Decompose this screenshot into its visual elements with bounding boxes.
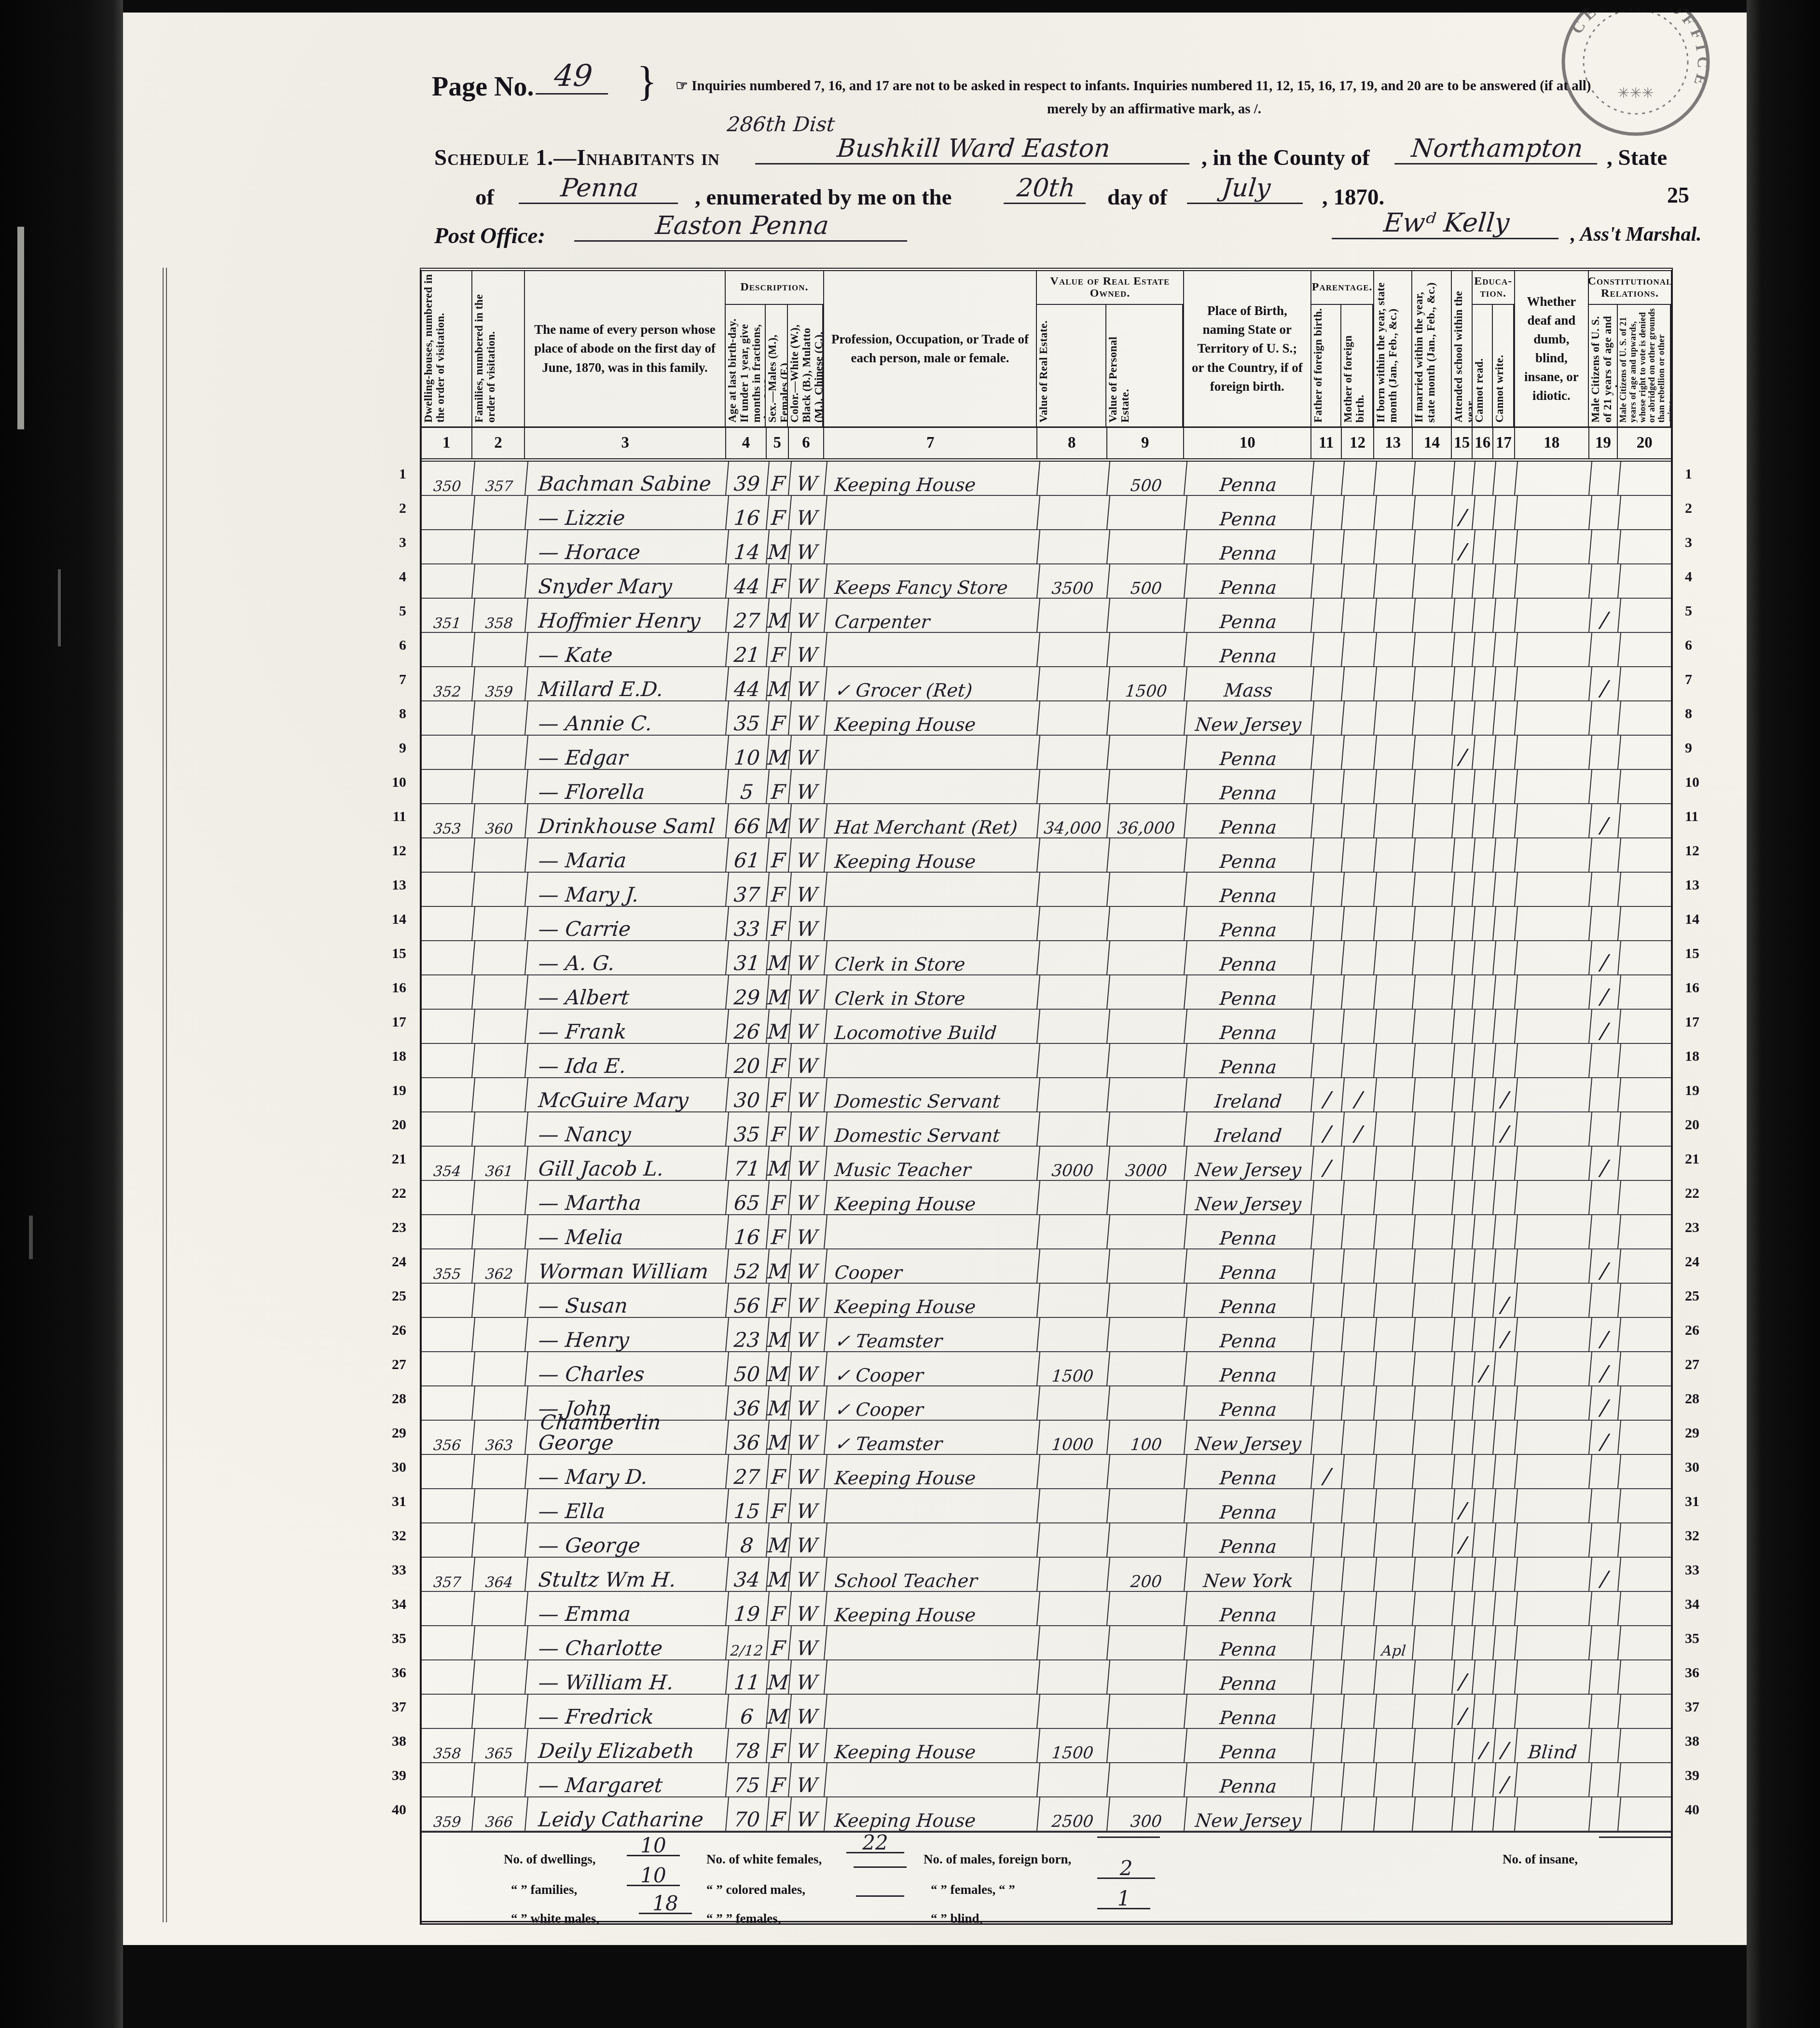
- table-row-18: — Ida E.20FWPenna: [422, 1044, 1671, 1078]
- mark-born-month: [1374, 1112, 1416, 1146]
- mark-father-foreign: [1311, 907, 1345, 940]
- personal-estate-value: 3000: [1107, 1147, 1187, 1180]
- white-males-value: 18: [639, 1894, 692, 1914]
- color: W: [789, 804, 827, 837]
- schedule-prefix: Schedule 1.—Inhabitants in: [434, 145, 720, 171]
- disability-note: [1515, 1215, 1592, 1248]
- mark-married-month: [1413, 1249, 1455, 1283]
- occupation: [824, 633, 1040, 666]
- table-row-40: 359366Leidy Catharine70FWKeeping House25…: [422, 1797, 1671, 1832]
- family-number: [472, 1352, 528, 1385]
- age: 61: [726, 838, 770, 872]
- person-name: — Emma: [525, 1592, 729, 1625]
- personal-estate-value: [1107, 633, 1187, 666]
- white-females-label: No. of white females,: [706, 1852, 822, 1867]
- occupation: [824, 873, 1040, 906]
- personal-estate-value: [1107, 1078, 1187, 1111]
- mark-attended-school: [1452, 1352, 1475, 1385]
- mark-attended-school: /: [1452, 736, 1475, 769]
- color: W: [789, 1318, 827, 1351]
- sex: F: [767, 462, 792, 495]
- right-gutter-row-number: 31: [1685, 1494, 1699, 1510]
- personal-estate-value: [1107, 1284, 1187, 1317]
- sex: F: [767, 496, 792, 529]
- dwelling-number: [422, 1112, 475, 1146]
- disability-note: [1515, 1352, 1592, 1385]
- real-estate-value: 34,000: [1037, 804, 1110, 837]
- color: W: [789, 1797, 827, 1831]
- mark-cannot-write: /: [1493, 1112, 1518, 1146]
- mark-vote-denied: [1618, 1695, 1674, 1728]
- right-gutter-row-number: 36: [1685, 1665, 1699, 1681]
- dwellings-value: 10: [627, 1836, 680, 1856]
- personal-estate-value: [1107, 1044, 1187, 1077]
- mark-attended-school: [1452, 1044, 1475, 1077]
- person-name: Leidy Catharine: [525, 1797, 729, 1831]
- person-name: — William H.: [525, 1660, 729, 1694]
- real-estate-value: [1037, 873, 1110, 906]
- color: W: [789, 1010, 827, 1043]
- age: 30: [726, 1078, 770, 1111]
- place-of-birth: Penna: [1184, 1284, 1314, 1317]
- mark-male-citizen: [1589, 1112, 1621, 1146]
- personal-estate-value: [1107, 1763, 1187, 1796]
- personal-estate-value: [1107, 1592, 1187, 1625]
- column-number-1: 1: [422, 428, 472, 458]
- disability-note: [1515, 1763, 1592, 1796]
- table-row-3: — Horace14MWPenna/: [422, 530, 1671, 564]
- family-number: [472, 1284, 528, 1317]
- mark-married-month: [1413, 1010, 1455, 1043]
- column-header-4: Age at last birth-day. If under 1 year, …: [726, 305, 766, 426]
- mark-father-foreign: [1311, 1215, 1345, 1248]
- mark-attended-school: [1452, 1078, 1475, 1111]
- occupation: [824, 770, 1040, 803]
- dwelling-number: 356: [422, 1421, 475, 1454]
- mark-cannot-write: [1493, 1626, 1518, 1659]
- schedule-place: Bushkill Ward Easton: [755, 134, 1192, 164]
- table-row-13: — Mary J.37FWPenna: [422, 873, 1671, 907]
- table-row-9: — Edgar10MWPenna/: [422, 736, 1671, 770]
- sex: M: [767, 1695, 792, 1728]
- person-name: Gill Jacob L.: [525, 1147, 729, 1180]
- place-of-birth: Penna: [1184, 1249, 1314, 1283]
- column-number-12: 12: [1342, 428, 1374, 458]
- mark-attended-school: [1452, 633, 1475, 666]
- person-name: — A. G.: [525, 941, 729, 974]
- mark-male-citizen: /: [1589, 975, 1621, 1009]
- mark-married-month: [1413, 462, 1455, 495]
- column-title: Place of Birth, naming State or Territor…: [1184, 271, 1310, 426]
- left-gutter-row-number: 6: [372, 637, 406, 654]
- mark-cannot-write: [1493, 667, 1518, 700]
- right-gutter-row-number: 2: [1685, 500, 1692, 517]
- color: W: [789, 1215, 827, 1248]
- mark-male-citizen: [1589, 1181, 1621, 1214]
- left-gutter-row-number: 8: [372, 706, 406, 722]
- left-gutter-row-number: 28: [372, 1391, 406, 1407]
- personal-estate-value: [1107, 1489, 1187, 1522]
- occupation: [824, 1523, 1040, 1557]
- county-label: , in the County of: [1201, 145, 1370, 171]
- mark-mother-foreign: [1342, 633, 1377, 666]
- stamp-stars: ✳✳✳: [1617, 85, 1654, 101]
- dwelling-number: [422, 1455, 475, 1488]
- left-gutter-row-number: 19: [372, 1083, 406, 1099]
- color: W: [789, 838, 827, 872]
- table-row-11: 353360Drinkhouse Saml66MWHat Merchant (R…: [422, 804, 1671, 838]
- occupation: School Teacher: [824, 1558, 1040, 1591]
- occupation: [824, 1489, 1040, 1522]
- mark-attended-school: [1452, 1284, 1475, 1317]
- instruction-line-2: merely by an affirmative mark, as /.: [1047, 101, 1261, 117]
- real-estate-value: 1000: [1037, 1421, 1110, 1454]
- dwelling-number: [422, 1352, 475, 1385]
- mark-father-foreign: [1311, 496, 1345, 529]
- left-gutter-row-number: 39: [372, 1768, 406, 1784]
- mark-mother-foreign: [1342, 1763, 1377, 1796]
- mark-father-foreign: [1311, 736, 1345, 769]
- left-gutter-row-number: 30: [372, 1459, 406, 1476]
- mark-male-citizen: [1589, 1592, 1621, 1625]
- age: 14: [726, 530, 770, 563]
- color: W: [789, 1489, 827, 1522]
- right-gutter-row-number: 28: [1685, 1391, 1699, 1407]
- mark-father-foreign: [1311, 1592, 1345, 1625]
- place-of-birth: Penna: [1184, 1386, 1314, 1420]
- column-number-8: 8: [1037, 428, 1107, 458]
- mark-born-month: Apl: [1374, 1626, 1416, 1659]
- sex: F: [767, 770, 792, 803]
- dwelling-number: [422, 1318, 475, 1351]
- table-row-34: — Emma19FWKeeping HousePenna: [422, 1592, 1671, 1626]
- color: W: [789, 1352, 827, 1385]
- mark-cannot-write: /: [1493, 1078, 1518, 1111]
- mark-cannot-write: [1493, 1181, 1518, 1214]
- age: 78: [726, 1729, 770, 1762]
- dwelling-number: [422, 1592, 475, 1625]
- mark-male-citizen: [1589, 1078, 1621, 1111]
- mark-mother-foreign: [1342, 1729, 1377, 1762]
- age: 26: [726, 1010, 770, 1043]
- occupation: [824, 1215, 1040, 1248]
- right-gutter-row-number: 4: [1685, 569, 1692, 585]
- mark-mother-foreign: /: [1342, 1112, 1377, 1146]
- column-group-title: Educa- tion.: [1473, 271, 1514, 305]
- personal-estate-value: [1107, 1249, 1187, 1283]
- column-header-13: If born within the year, state month (Ja…: [1374, 271, 1413, 426]
- age: 70: [726, 1797, 770, 1831]
- age: 36: [726, 1386, 770, 1420]
- real-estate-value: [1037, 1044, 1110, 1077]
- column-group-educa--tion-: Educa- tion.Cannot read.Cannot write.: [1473, 271, 1515, 426]
- left-gutter-row-number: 11: [372, 808, 406, 825]
- mark-father-foreign: [1311, 873, 1345, 906]
- family-number: [472, 838, 528, 872]
- mark-cannot-read: /: [1473, 1729, 1496, 1762]
- mark-cannot-read: [1473, 530, 1496, 563]
- color: W: [789, 941, 827, 974]
- mark-mother-foreign: [1342, 564, 1377, 598]
- post-office-value: Easton Penna: [574, 211, 910, 242]
- person-name: — Margaret: [525, 1763, 729, 1796]
- real-estate-value: [1037, 1284, 1110, 1317]
- place-of-birth: Penna: [1184, 1592, 1314, 1625]
- disability-note: [1515, 1455, 1592, 1488]
- disability-note: [1515, 1626, 1592, 1659]
- column-group-constitutional-relations-: Constitutional Relations.Male Citizens o…: [1589, 271, 1671, 426]
- sex: M: [767, 1660, 792, 1694]
- mark-vote-denied: [1618, 975, 1674, 1009]
- place-of-birth: Penna: [1184, 736, 1314, 769]
- left-gutter-row-number: 21: [372, 1151, 406, 1167]
- real-estate-value: 1500: [1037, 1352, 1110, 1385]
- real-estate-value: [1037, 941, 1110, 974]
- right-gutter-row-number: 34: [1685, 1596, 1699, 1613]
- mark-mother-foreign: [1342, 701, 1377, 735]
- real-estate-value: [1037, 701, 1110, 735]
- real-estate-value: [1037, 1660, 1110, 1694]
- real-estate-value: [1037, 1215, 1110, 1248]
- mark-male-citizen: /: [1589, 1386, 1621, 1420]
- place-of-birth: Penna: [1184, 770, 1314, 803]
- mark-father-foreign: [1311, 1044, 1345, 1077]
- table-row-17: — Frank26MWLocomotive BuildPenna/: [422, 1010, 1671, 1044]
- mark-male-citizen: [1589, 873, 1621, 906]
- personal-estate-value: 200: [1107, 1558, 1187, 1591]
- age: 36: [726, 1421, 770, 1454]
- mark-father-foreign: [1311, 530, 1345, 563]
- mark-vote-denied: [1618, 1249, 1674, 1283]
- mark-attended-school: /: [1452, 530, 1475, 563]
- mark-cannot-read: [1473, 1695, 1496, 1728]
- column-header-20: Male Citizens of U. S. of 21 years of ag…: [1618, 305, 1671, 426]
- mark-cannot-write: [1493, 1421, 1518, 1454]
- family-number: [472, 736, 528, 769]
- mark-mother-foreign: [1342, 1386, 1377, 1420]
- mark-father-foreign: [1311, 701, 1345, 735]
- mark-vote-denied: [1618, 1147, 1674, 1180]
- mark-born-month: [1374, 1181, 1416, 1214]
- sex: F: [767, 907, 792, 940]
- dwelling-number: [422, 1010, 475, 1043]
- personal-estate-value: [1107, 1386, 1187, 1420]
- colored-males-label: “ ” colored males,: [706, 1882, 805, 1897]
- person-name: — Susan: [525, 1284, 729, 1317]
- table-row-35: — Charlotte2/12FWPennaApl: [422, 1626, 1671, 1660]
- mark-father-foreign: [1311, 1695, 1345, 1728]
- mark-cannot-write: [1493, 1386, 1518, 1420]
- family-number: [472, 873, 528, 906]
- real-estate-value: [1037, 975, 1110, 1009]
- mark-born-month: [1374, 1044, 1416, 1077]
- mark-born-month: [1374, 975, 1416, 1009]
- mark-married-month: [1413, 1421, 1455, 1454]
- mark-cannot-read: [1473, 1763, 1496, 1796]
- column-group-title: Value of Real Estate Owned.: [1037, 271, 1183, 305]
- mark-attended-school: [1452, 1249, 1475, 1283]
- mark-born-month: [1374, 1318, 1416, 1351]
- mark-male-citizen: [1589, 1215, 1621, 1248]
- mark-vote-denied: [1618, 496, 1674, 529]
- mark-born-month: [1374, 633, 1416, 666]
- place-of-birth: New Jersey: [1184, 1147, 1314, 1180]
- family-number: [472, 1044, 528, 1077]
- family-number: [472, 1455, 528, 1488]
- column-number-13: 13: [1374, 428, 1413, 458]
- color: W: [789, 462, 827, 495]
- sex: F: [767, 564, 792, 598]
- mark-married-month: [1413, 1318, 1455, 1351]
- color: W: [789, 736, 827, 769]
- column-number-2: 2: [472, 428, 525, 458]
- svg-text:CENSUS OFFICE: CENSUS OFFICE: [1568, 9, 1712, 92]
- mark-married-month: [1413, 1592, 1455, 1625]
- personal-estate-value: 300: [1107, 1797, 1187, 1831]
- occupation: Keeping House: [824, 1284, 1040, 1317]
- mark-married-month: [1413, 1284, 1455, 1317]
- table-row-1: 350357Bachman Sabine39FWKeeping House500…: [422, 462, 1671, 496]
- mark-cannot-read: [1473, 1455, 1496, 1488]
- person-name: — Carrie: [525, 907, 729, 940]
- left-gutter-row-number: 34: [372, 1596, 406, 1613]
- occupation: [824, 1763, 1040, 1796]
- family-number: 361: [472, 1147, 528, 1180]
- mark-mother-foreign: [1342, 1695, 1377, 1728]
- personal-estate-value: [1107, 1455, 1187, 1488]
- blind-label: “ ” blind,: [931, 1911, 982, 1926]
- age: 6: [726, 1695, 770, 1728]
- mark-married-month: [1413, 599, 1455, 632]
- mark-married-month: [1413, 1489, 1455, 1522]
- table-row-26: — Henry23MW✓ TeamsterPenna//: [422, 1318, 1671, 1352]
- mark-married-month: [1413, 1626, 1455, 1659]
- place-of-birth: Penna: [1184, 975, 1314, 1009]
- mark-father-foreign: [1311, 975, 1345, 1009]
- mark-father-foreign: [1311, 1386, 1345, 1420]
- dwelling-number: [422, 941, 475, 974]
- right-gutter-row-number: 18: [1685, 1048, 1699, 1065]
- mark-married-month: [1413, 736, 1455, 769]
- personal-estate-value: 1500: [1107, 667, 1187, 700]
- personal-estate-value: [1107, 701, 1187, 735]
- column-header-16: Cannot read.: [1473, 305, 1493, 426]
- personal-estate-value: [1107, 736, 1187, 769]
- mark-born-month: [1374, 1249, 1416, 1283]
- mark-cannot-write: [1493, 1660, 1518, 1694]
- family-number: 358: [472, 599, 528, 632]
- mark-cannot-write: [1493, 804, 1518, 837]
- mark-mother-foreign: [1342, 1455, 1377, 1488]
- column-header-3: The name of every person whose place of …: [525, 271, 726, 426]
- mark-born-month: [1374, 1284, 1416, 1317]
- mark-born-month: [1374, 1729, 1416, 1762]
- mark-married-month: [1413, 1044, 1455, 1077]
- mark-mother-foreign: [1342, 1558, 1377, 1591]
- family-number: [472, 941, 528, 974]
- disability-note: [1515, 496, 1592, 529]
- column-group-title: Parentage.: [1311, 271, 1373, 305]
- mark-attended-school: /: [1452, 1660, 1475, 1694]
- place-of-birth: Ireland: [1184, 1112, 1314, 1146]
- column-header-15: Attended school within the year.: [1452, 271, 1473, 426]
- person-name: — Nancy: [525, 1112, 729, 1146]
- column-header-12: Mother of foreign birth.: [1341, 305, 1373, 426]
- real-estate-value: [1037, 1695, 1110, 1728]
- mark-vote-denied: [1618, 770, 1674, 803]
- right-gutter-row-number: 22: [1685, 1185, 1699, 1202]
- person-name: Drinkhouse Saml: [525, 804, 729, 837]
- mark-cannot-write: [1493, 599, 1518, 632]
- mark-married-month: [1413, 1147, 1455, 1180]
- real-estate-value: [1037, 496, 1110, 529]
- insane-value: [1599, 1836, 1671, 1838]
- column-title: Dwelling-houses, numbered in the order o…: [422, 271, 471, 426]
- table-row-4: Snyder Mary44FWKeeps Fancy Store3500500P…: [422, 564, 1671, 599]
- sex: M: [767, 941, 792, 974]
- mark-cannot-read: [1473, 1386, 1496, 1420]
- column-header-18: Whether deaf and dumb, blind, insane, or…: [1515, 271, 1589, 426]
- personal-estate-value: [1107, 1318, 1187, 1351]
- mark-cannot-read: [1473, 975, 1496, 1009]
- mark-cannot-write: [1493, 1147, 1518, 1180]
- mark-male-citizen: [1589, 1797, 1621, 1831]
- person-name: — Fredrick: [525, 1695, 729, 1728]
- family-number: 360: [472, 804, 528, 837]
- personal-estate-value: 36,000: [1107, 804, 1187, 837]
- real-estate-value: [1037, 667, 1110, 700]
- right-gutter-row-number: 9: [1685, 740, 1692, 756]
- sex: F: [767, 701, 792, 735]
- age: 75: [726, 1763, 770, 1796]
- dwelling-number: 353: [422, 804, 475, 837]
- mark-male-citizen: /: [1589, 667, 1621, 700]
- column-number-7: 7: [824, 428, 1037, 458]
- disability-note: [1515, 975, 1592, 1009]
- right-gutter-row-number: 24: [1685, 1254, 1699, 1270]
- day-value: 20th: [1004, 174, 1089, 204]
- right-gutter-row-number: 21: [1685, 1151, 1699, 1167]
- age: 11: [726, 1660, 770, 1694]
- mark-vote-denied: [1618, 667, 1674, 700]
- color: W: [789, 633, 827, 666]
- mark-vote-denied: [1618, 1660, 1674, 1694]
- personal-estate-value: 500: [1107, 564, 1187, 598]
- age: 19: [726, 1592, 770, 1625]
- mark-cannot-write: [1493, 1489, 1518, 1522]
- real-estate-value: [1037, 1523, 1110, 1557]
- mark-mother-foreign: /: [1342, 1078, 1377, 1111]
- mark-cannot-read: [1473, 873, 1496, 906]
- column-number-10: 10: [1184, 428, 1311, 458]
- column-number-3: 3: [525, 428, 726, 458]
- mark-cannot-read: [1473, 1592, 1496, 1625]
- occupation: [824, 496, 1040, 529]
- males-foreign-value: [1097, 1836, 1160, 1838]
- mark-attended-school: [1452, 462, 1475, 495]
- mark-cannot-write: [1493, 907, 1518, 940]
- mark-cannot-write: [1493, 633, 1518, 666]
- dwelling-number: [422, 1523, 475, 1557]
- disability-note: [1515, 1386, 1592, 1420]
- instruction-line-1: ☞ Inquiries numbered 7, 16, and 17 are n…: [676, 77, 1591, 94]
- mark-male-citizen: /: [1589, 804, 1621, 837]
- column-title: Age at last birth-day. If under 1 year, …: [726, 305, 765, 426]
- family-number: 364: [472, 1558, 528, 1591]
- place-of-birth: Penna: [1184, 873, 1314, 906]
- column-header-5: Sex.—Males (M.), Females (F.): [766, 305, 788, 426]
- of-label: of: [475, 184, 494, 210]
